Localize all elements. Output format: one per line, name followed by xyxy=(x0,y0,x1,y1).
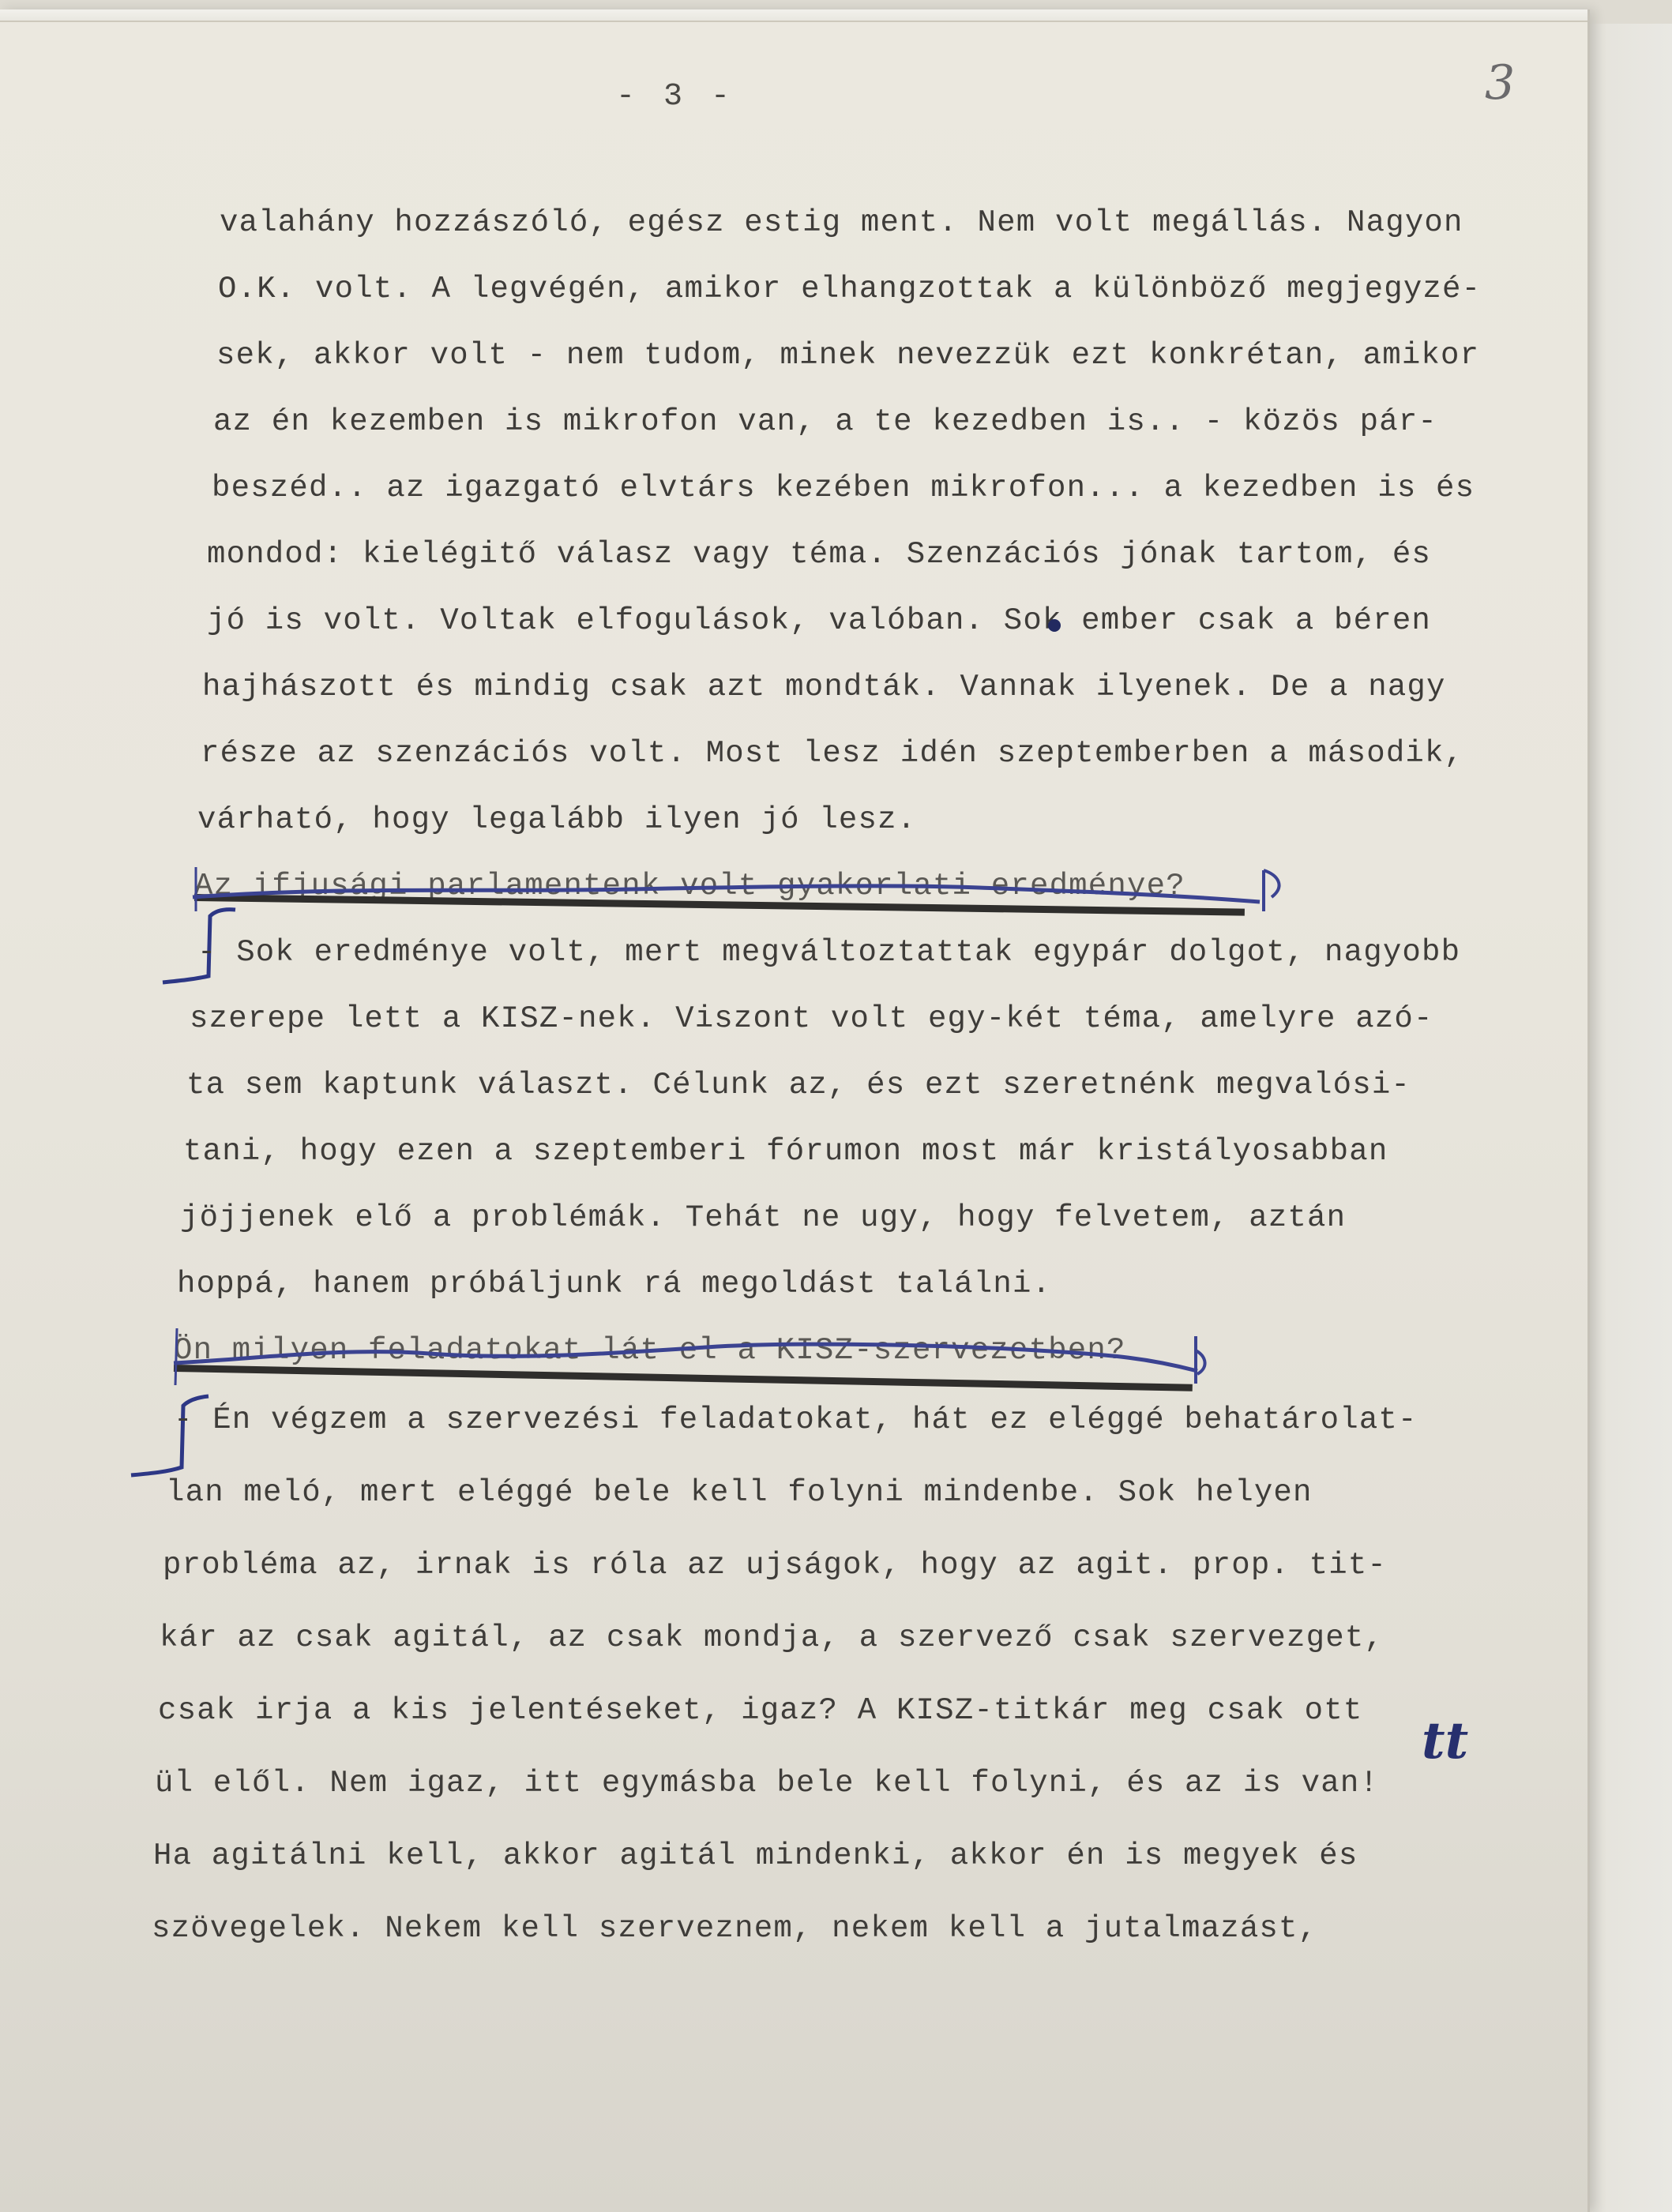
text-line: szövegelek. Nekem kell szerveznem, nekem… xyxy=(152,1911,1317,1946)
text-line: ta sem kaptunk választ. Célunk az, és ez… xyxy=(186,1068,1411,1102)
text-line: szerepe lett a KISZ-nek. Viszont volt eg… xyxy=(190,1001,1433,1036)
handwritten-correction: tt xyxy=(1422,1711,1468,1771)
text-line: probléma az, irnak is róla az ujságok, h… xyxy=(163,1548,1387,1583)
page-top-edge xyxy=(0,9,1587,22)
text-line: lan meló, mert eléggé bele kell folyni m… xyxy=(166,1475,1313,1510)
text-line: kár az csak agitál, az csak mondja, a sz… xyxy=(160,1621,1384,1655)
text-line: hajhászott és mindig csak azt mondták. V… xyxy=(202,670,1446,704)
text-line: része az szenzációs volt. Most lesz idén… xyxy=(201,736,1463,771)
text-line: sek, akkor volt - nem tudom, minek nevez… xyxy=(216,338,1479,373)
text-line: ül elől. Nem igaz, itt egymásba bele kel… xyxy=(155,1766,1379,1801)
ink-strikethrough xyxy=(169,1327,1227,1390)
ink-correction-mark xyxy=(1048,619,1061,632)
text-line: csak irja a kis jelentéseket, igaz? A KI… xyxy=(158,1693,1362,1728)
text-line: beszéd.. az igazgató elvtárs kezében mik… xyxy=(212,471,1475,505)
page-number-typed: - 3 - xyxy=(616,79,735,115)
text-line: - Sok eredménye volt, mert megváltoztatt… xyxy=(197,935,1460,970)
text-line: várható, hogy legalább ilyen jó lesz. xyxy=(197,802,916,837)
text-line: az én kezemben is mikrofon van, a te kez… xyxy=(213,404,1437,439)
ink-strikethrough xyxy=(190,862,1295,918)
text-line: jöjjenek elő a problémák. Tehát ne ugy, … xyxy=(180,1200,1346,1235)
text-line: hoppá, hanem próbáljunk rá megoldást tal… xyxy=(177,1267,1051,1301)
text-line: O.K. volt. A legvégén, amikor elhangzott… xyxy=(218,272,1481,306)
text-line: - Én végzem a szervezési feladatokat, há… xyxy=(174,1403,1418,1437)
text-line: tani, hogy ezen a szeptemberi fórumon mo… xyxy=(183,1134,1388,1169)
text-line: valahány hozzászóló, egész estig ment. N… xyxy=(220,205,1463,240)
text-line: jó is volt. Voltak elfogulások, valóban.… xyxy=(207,603,1431,638)
text-line: Ha agitálni kell, akkor agitál mindenki,… xyxy=(153,1838,1358,1873)
page-number-handwritten: 3 xyxy=(1485,55,1515,111)
text-line: mondod: kielégitő válasz vagy téma. Szen… xyxy=(207,537,1431,572)
typewritten-page: - 3 - 3 valahány hozzászóló, egész estig… xyxy=(0,9,1590,2212)
